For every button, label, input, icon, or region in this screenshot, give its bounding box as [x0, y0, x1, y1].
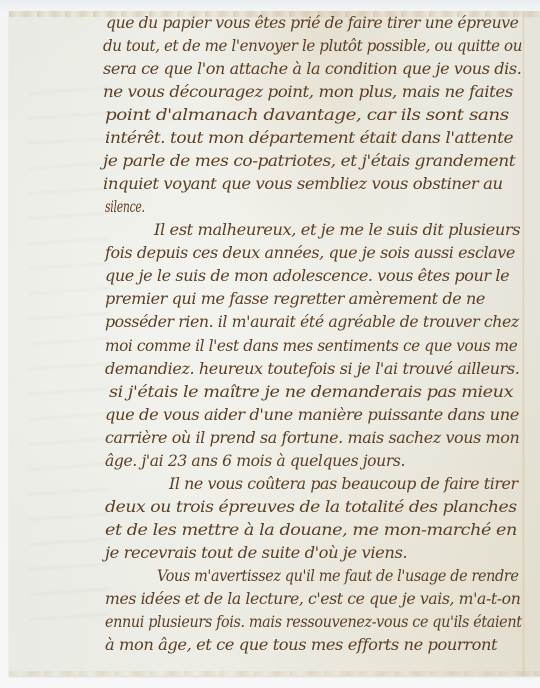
text-line: mes idées et de la lecture, c'est ce que… — [105, 590, 520, 608]
text-line: je parle de mes co-patriotes, et j'étais… — [103, 152, 515, 170]
text-line: sera ce que l'on attache à la condition … — [103, 60, 521, 78]
text-line: silence. — [105, 198, 145, 216]
text-line: ennui plusieurs fois. mais ressouvenez-v… — [105, 613, 522, 631]
handwritten-text: que du papier vous êtes prié de faire ti… — [9, 11, 540, 676]
paragraph-start-line: Vous m'avertissez qu'il me faut de l'usa… — [157, 567, 518, 585]
text-line: du tout, et de me l'envoyer le plutôt po… — [103, 37, 522, 55]
text-line: âge. j'ai 23 ans 6 mois à quelques jours… — [105, 452, 405, 470]
text-line: que du papier vous êtes prié de faire ti… — [106, 14, 518, 32]
text-line: je recevrais tout de suite d'où je viens… — [105, 544, 407, 562]
manuscript-page: que du papier vous êtes prié de faire ti… — [9, 11, 540, 676]
text-line: si j'étais le maître je ne demanderais p… — [109, 383, 513, 401]
text-line: intérêt. tout mon département était dans… — [105, 129, 513, 147]
paragraph-start-line: Il ne vous coûtera pas beaucoup de faire… — [169, 475, 518, 493]
text-line: que je le suis de mon adolescence. vous … — [105, 267, 509, 285]
paragraph-start-line: Il est malheureux, et je me le suis dit … — [154, 221, 520, 239]
text-line: ne vous découragez point, mon plus, mais… — [103, 83, 513, 101]
text-line: premier qui me fasse regretter amèrement… — [105, 290, 485, 308]
text-line: carrière où il prend sa fortune. mais sa… — [105, 429, 519, 447]
text-line: fois depuis ces deux années, que je sois… — [105, 244, 515, 262]
text-line: demandiez. heureux toutefois si je l'ai … — [105, 360, 519, 378]
document-viewer: que du papier vous êtes prié de faire ti… — [0, 0, 540, 688]
text-line: moi comme il l'est dans mes sentiments c… — [105, 337, 517, 355]
text-line: à mon âge, et ce que tous mes efforts ne… — [105, 636, 497, 654]
text-line: inquiet voyant que vous sembliez vous ob… — [103, 175, 503, 193]
text-line: point d'almanach davantage, car ils sont… — [105, 106, 509, 124]
text-line: que de vous aider d'une manière puissant… — [105, 406, 519, 424]
text-line: posséder rien. il m'aurait été agréable … — [105, 313, 519, 331]
text-line: deux ou trois épreuves de la totalité de… — [105, 498, 517, 516]
text-line: et de les mettre à la douane, me mon-mar… — [105, 521, 517, 539]
